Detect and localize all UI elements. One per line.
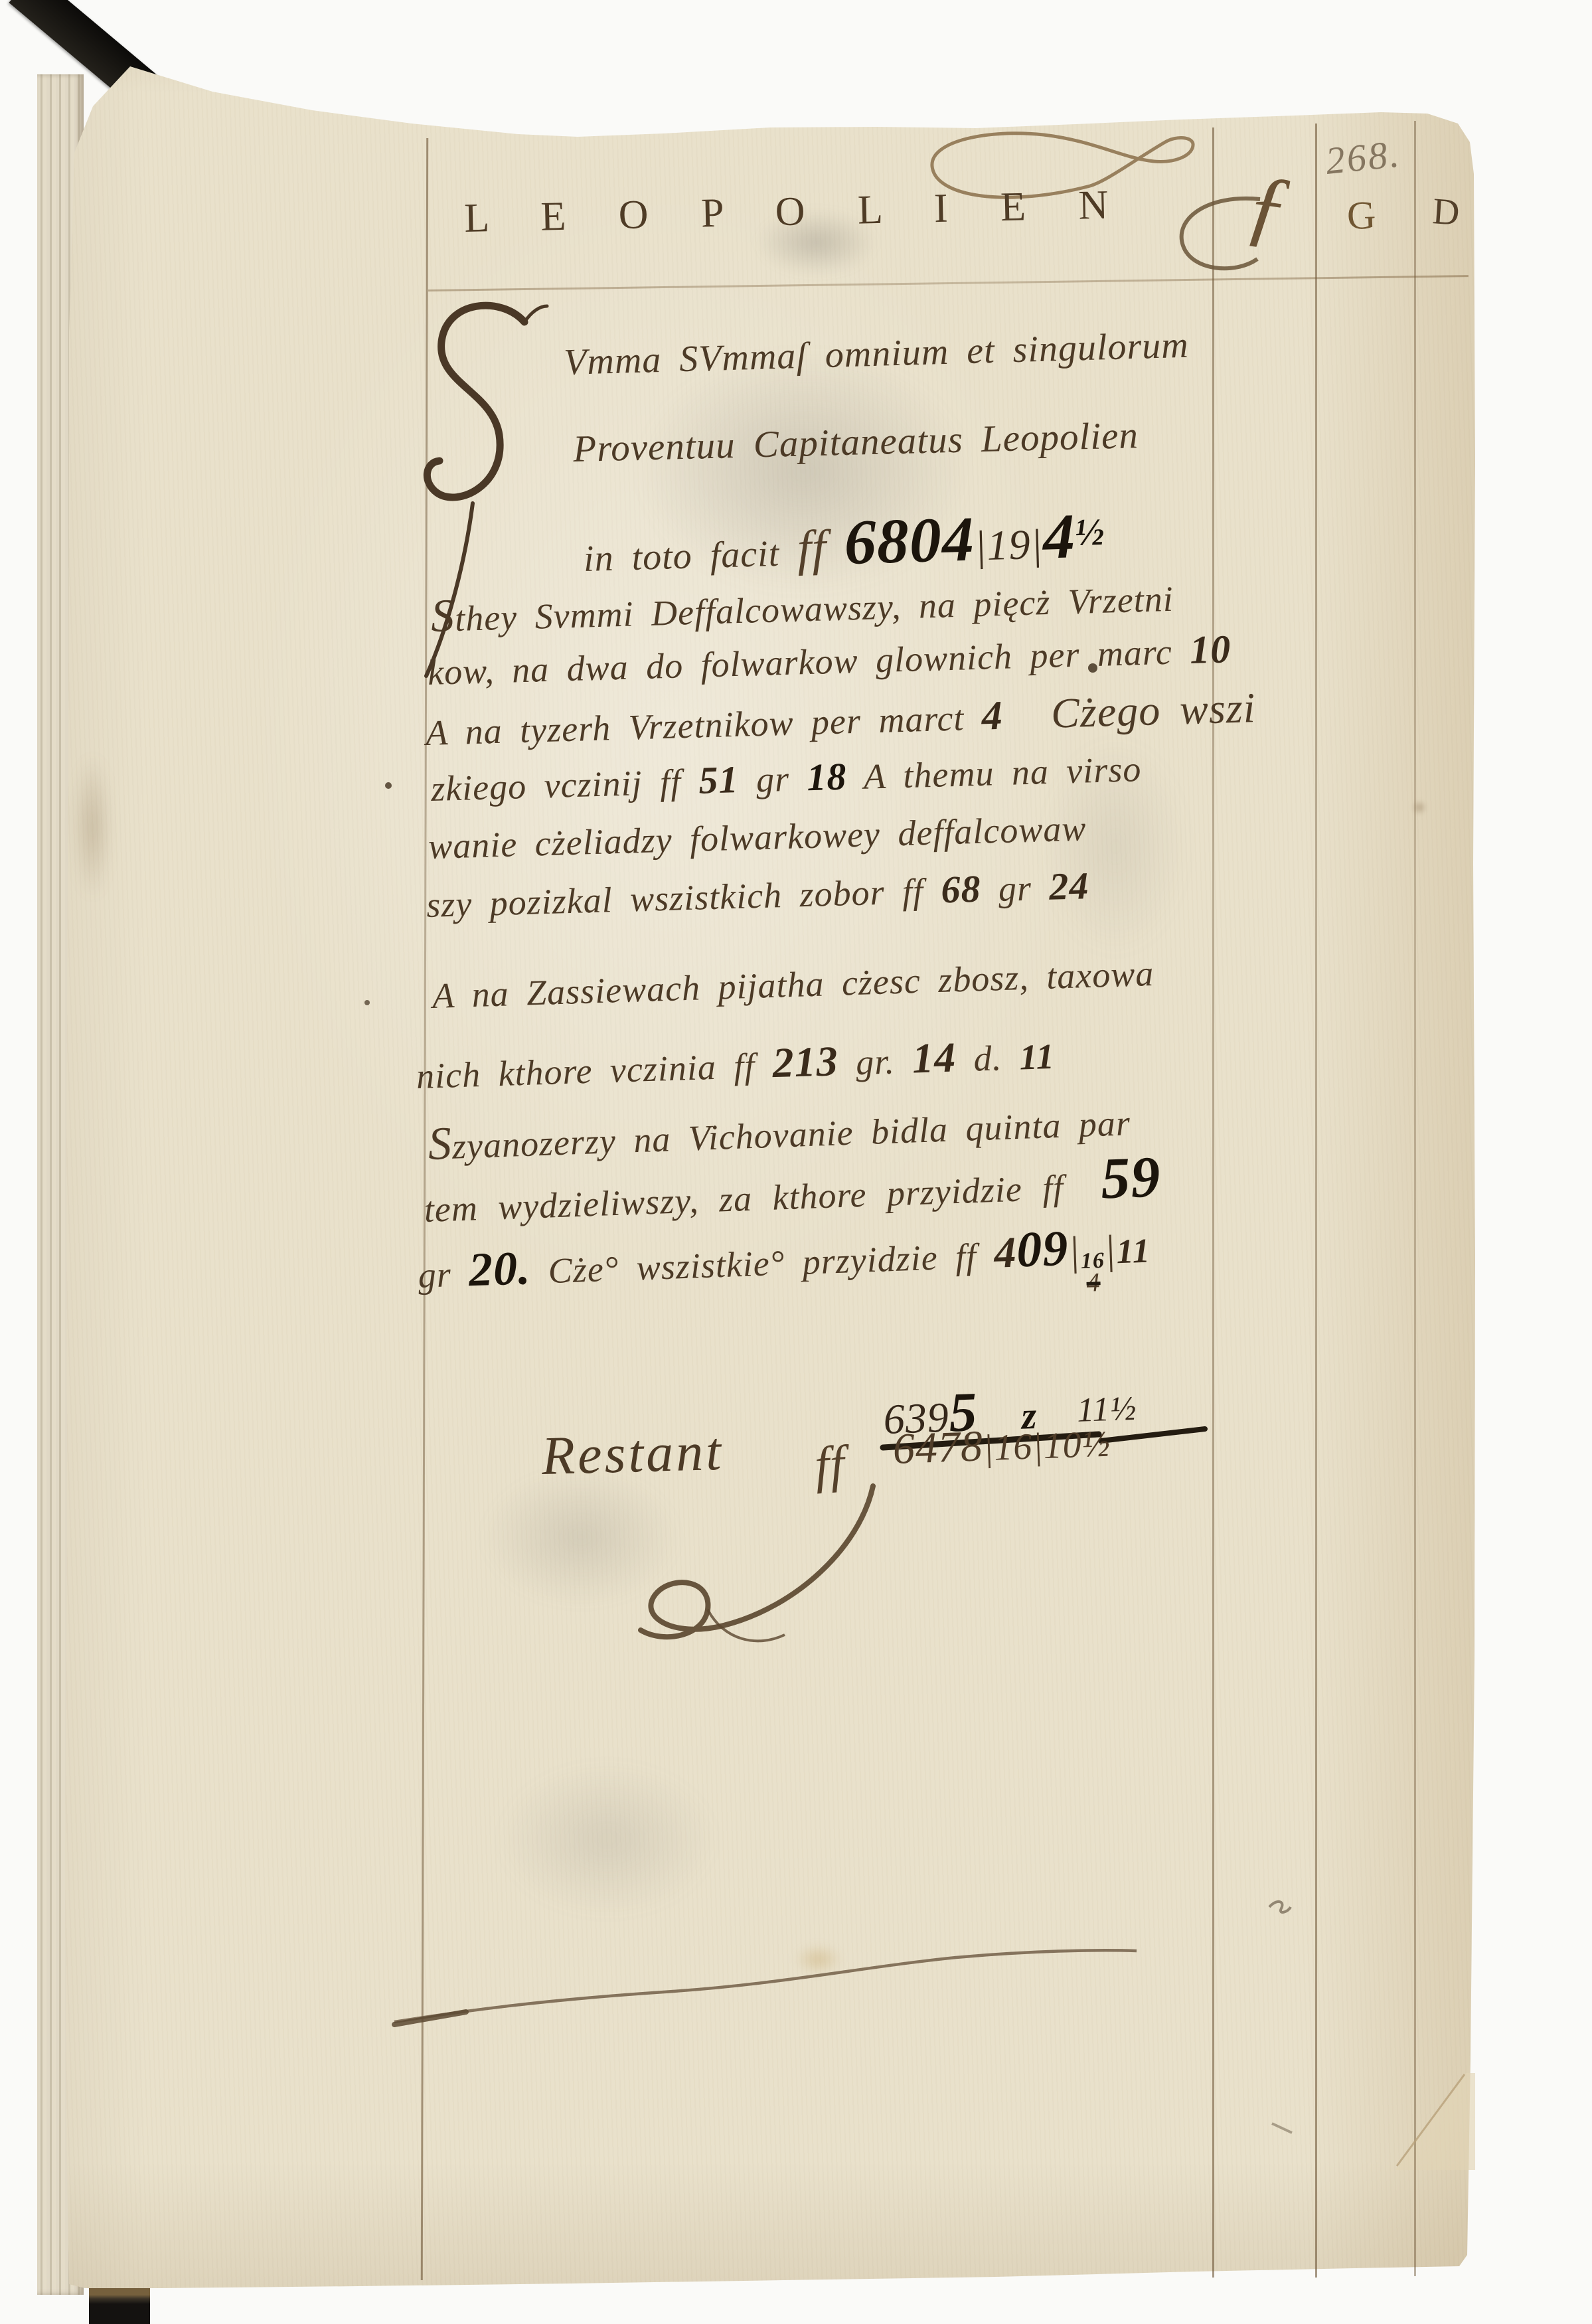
amount-fraction-half: ½ (1075, 510, 1105, 554)
groschen-label: gr (418, 1254, 452, 1295)
groschen-label: gr (756, 759, 790, 799)
lead-letter: S (430, 590, 455, 642)
florins-value: 68 (941, 867, 982, 912)
margin-rule-right-3 (1414, 121, 1416, 2276)
separator-bar: | (1068, 1228, 1081, 1274)
column-letter-d: D (1431, 193, 1461, 232)
florins-value: 213 (771, 1037, 838, 1086)
lead-letter: S (427, 1118, 453, 1170)
margin-rule-right-2 (1315, 124, 1317, 2278)
florins-value: 51 (698, 758, 740, 802)
denar-value: 11 (1019, 1037, 1056, 1078)
total-value: 4 (993, 1228, 1018, 1278)
column-letter-g: G (1346, 195, 1377, 236)
amount-separator: |19| (974, 521, 1044, 570)
corrected-fraction: 164 (1080, 1252, 1105, 1294)
restant-struck-row: 6478|16|10½ (892, 1420, 1111, 1471)
text-run: Cżego wszi (1050, 684, 1256, 737)
struck-florins: 6478 (892, 1422, 984, 1473)
text-run: zkiego vczinij ff (430, 762, 681, 809)
folio-number: 268. (1324, 134, 1403, 181)
florin-abbrev: ff (797, 521, 827, 576)
groschen-value: 18 (806, 755, 847, 799)
groschen-label: gr (998, 869, 1032, 909)
total-amount: 6804 (843, 503, 975, 578)
florins-value-corrected: 59 (1100, 1145, 1162, 1211)
manuscript-scan-root: { "document": { "kind": "manuscript-ledg… (0, 0, 1592, 2324)
groschen-label: gr. (855, 1041, 895, 1082)
rate-per-mark: 10 (1189, 627, 1232, 672)
binding-strap-bottom (89, 2284, 150, 2324)
restant-florin-abbrev: ff (813, 1438, 847, 1491)
struck-value: 4 (1086, 1271, 1101, 1294)
groschen-value: 14 (912, 1033, 957, 1082)
text-run: A themu na virso (863, 749, 1142, 797)
groschen-value: 24 (1048, 864, 1089, 908)
text-run: Cże° wszistkie° przyidzie ff (548, 1236, 977, 1291)
struck-groschen: |16| (983, 1426, 1044, 1469)
groschen-value-corrected: 20. (468, 1241, 532, 1296)
margin-rule-right-1 (1212, 127, 1214, 2278)
denar-value: 11 (1116, 1232, 1151, 1272)
total-value-corrected: 09 (1016, 1220, 1070, 1278)
rate-per-mark: 4 (981, 693, 1004, 739)
restant-label: Restant (541, 1424, 724, 1483)
amount-fraction-int: 4 (1042, 500, 1076, 572)
denar-label: d. (973, 1038, 1002, 1078)
struck-fraction: 10½ (1043, 1424, 1111, 1467)
summary-line-3-text: in toto facit (583, 533, 780, 580)
